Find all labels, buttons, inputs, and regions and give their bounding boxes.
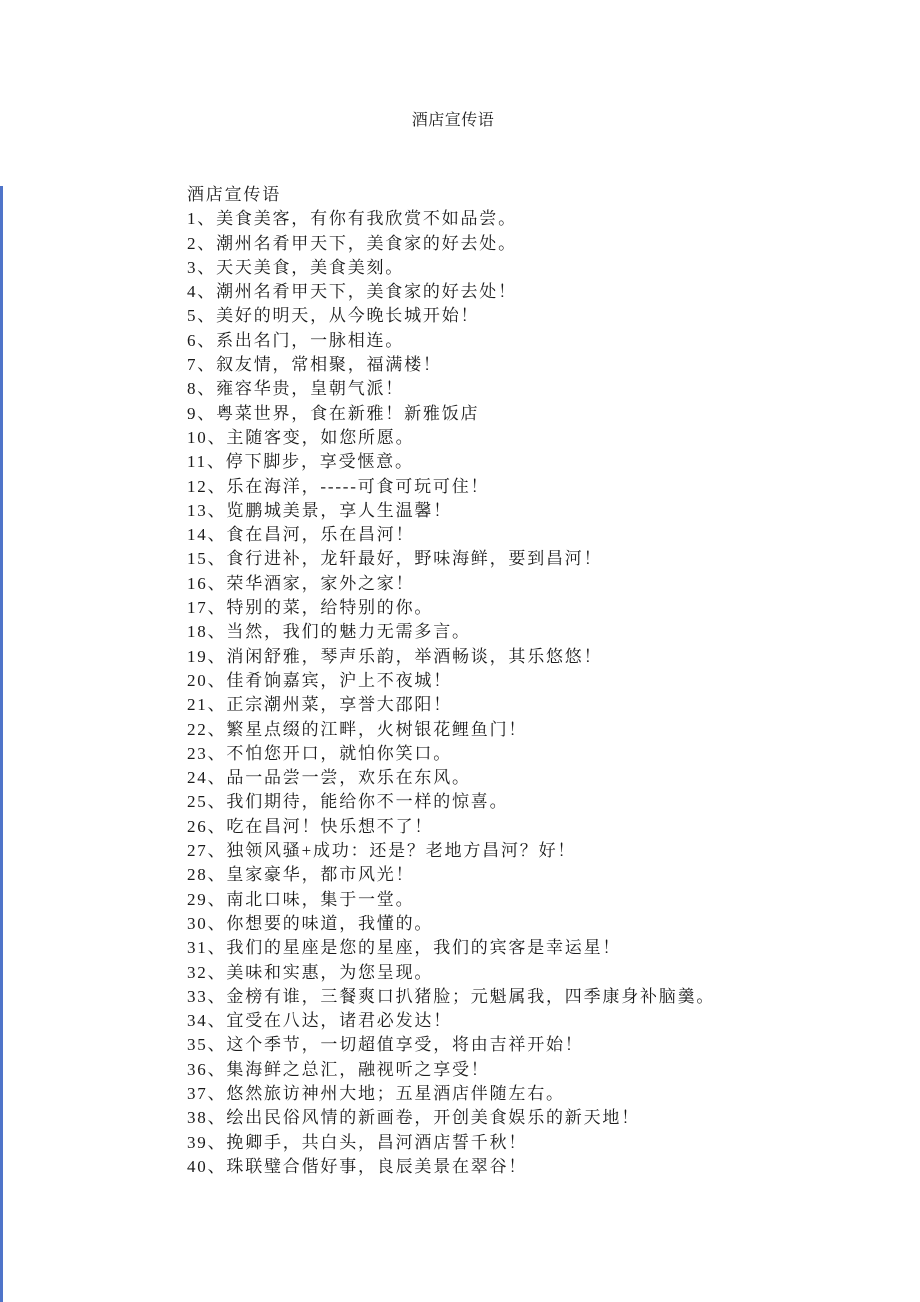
list-item: 19、消闲舒雅，琴声乐韵，举酒畅谈，其乐悠悠！	[187, 645, 900, 669]
list-item: 36、集海鲜之总汇，融视听之享受！	[187, 1058, 900, 1082]
list-item: 28、皇家豪华，都市风光！	[187, 863, 900, 887]
list-item: 3、天天美食，美食美刻。	[187, 256, 900, 280]
list-item: 8、雍容华贵，皇朝气派！	[187, 377, 900, 401]
document-title: 酒店宣传语	[0, 108, 906, 134]
list-item: 12、乐在海洋，-----可食可玩可住！	[187, 475, 900, 499]
list-item: 38、绘出民俗风情的新画卷，开创美食娱乐的新天地！	[187, 1106, 900, 1130]
list-item: 30、你想要的味道，我懂的。	[187, 912, 900, 936]
list-item: 33、金榜有谁，三餐爽口扒猪脸；元魁属我，四季康身补脑羹。	[187, 985, 900, 1009]
list-item: 17、特别的菜，给特别的你。	[187, 596, 900, 620]
list-item: 1、美食美客，有你有我欣赏不如品尝。	[187, 207, 900, 231]
list-item: 13、览鹏城美景，享人生温馨！	[187, 499, 900, 523]
list-item: 32、美味和实惠，为您呈现。	[187, 961, 900, 985]
list-item: 9、粤菜世界，食在新雅！新雅饭店	[187, 402, 900, 426]
list-item: 6、系出名门，一脉相连。	[187, 329, 900, 353]
list-item: 37、悠然旅访神州大地；五星酒店伴随左右。	[187, 1082, 900, 1106]
document-page: 酒店宣传语 酒店宣传语 1、美食美客，有你有我欣赏不如品尝。2、潮州名肴甲天下，…	[0, 0, 920, 1302]
list-item: 23、不怕您开口，就怕你笑口。	[187, 742, 900, 766]
list-item: 40、珠联璧合偕好事，良辰美景在翠谷！	[187, 1155, 900, 1179]
list-item: 39、挽卿手，共白头，昌河酒店誓千秋！	[187, 1131, 900, 1155]
list-item: 10、主随客变，如您所愿。	[187, 426, 900, 450]
document-body: 酒店宣传语 1、美食美客，有你有我欣赏不如品尝。2、潮州名肴甲天下，美食家的好去…	[187, 183, 900, 1179]
list-item: 27、独领风骚+成功：还是？老地方昌河？好！	[187, 839, 900, 863]
slogan-list: 1、美食美客，有你有我欣赏不如品尝。2、潮州名肴甲天下，美食家的好去处。3、天天…	[187, 207, 900, 1179]
list-item: 34、宜受在八达，诸君必发达！	[187, 1009, 900, 1033]
list-item: 16、荣华酒家，家外之家！	[187, 572, 900, 596]
list-item: 22、繁星点缀的江畔，火树银花鲤鱼门！	[187, 718, 900, 742]
left-border-line	[0, 186, 3, 1302]
list-item: 5、美好的明天，从今晚长城开始！	[187, 304, 900, 328]
list-item: 24、品一品尝一尝，欢乐在东风。	[187, 766, 900, 790]
list-item: 25、我们期待，能给你不一样的惊喜。	[187, 790, 900, 814]
list-item: 26、吃在昌河！快乐想不了！	[187, 815, 900, 839]
list-item: 31、我们的星座是您的星座，我们的宾客是幸运星！	[187, 936, 900, 960]
list-item: 21、正宗潮州菜，享誉大邵阳！	[187, 693, 900, 717]
list-item: 14、食在昌河，乐在昌河！	[187, 523, 900, 547]
list-item: 4、潮州名肴甲天下，美食家的好去处！	[187, 280, 900, 304]
list-item: 2、潮州名肴甲天下，美食家的好去处。	[187, 232, 900, 256]
list-item: 15、食行进补，龙轩最好，野味海鲜，要到昌河！	[187, 547, 900, 571]
list-heading: 酒店宣传语	[187, 183, 900, 207]
list-item: 35、这个季节，一切超值享受，将由吉祥开始！	[187, 1033, 900, 1057]
list-item: 29、南北口味，集于一堂。	[187, 888, 900, 912]
list-item: 18、当然，我们的魅力无需多言。	[187, 620, 900, 644]
list-item: 7、叙友情，常相聚，福满楼！	[187, 353, 900, 377]
list-item: 11、停下脚步，享受惬意。	[187, 450, 900, 474]
list-item: 20、佳肴饷嘉宾，沪上不夜城！	[187, 669, 900, 693]
